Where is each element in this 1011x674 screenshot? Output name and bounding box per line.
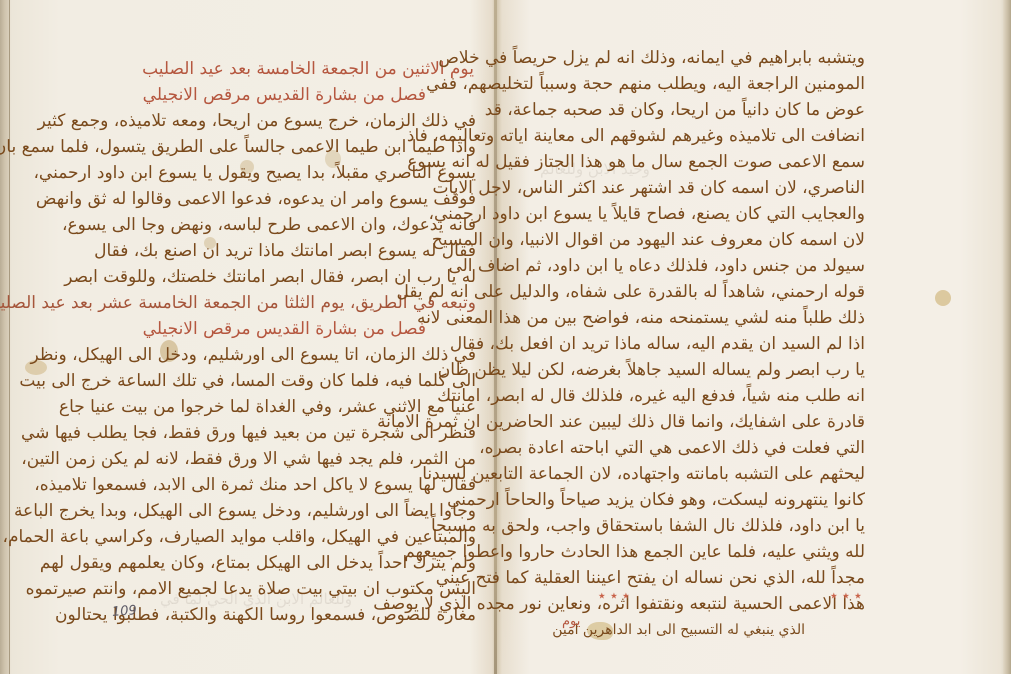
text-line: الى كلما فيه، فلما كان وقت المسا، في تلك… bbox=[140, 368, 476, 394]
text-line: ويتشبه بابراهيم في ايمانه، وذلك انه لم ي… bbox=[527, 45, 865, 71]
text-line: فوقف يسوع وامر ان يدعوه، فدعوا الاعمى وق… bbox=[140, 186, 476, 212]
text-line: سمع الاعمى صوت الجمع سال ما هو هذا الجتا… bbox=[527, 149, 865, 175]
text-line: في ذلك الزمان، اتا يسوع الى اورشليم، ودخ… bbox=[140, 342, 476, 368]
left-page: يوم الاثنين من الجمعة الخامسة بعد عيد ال… bbox=[0, 0, 494, 674]
text-line: التي فعلت في ذلك الاعمى هي التي اباحته ا… bbox=[527, 435, 865, 461]
text-line: انضافت الى تلاميذه وغيرهم لشوقهم الى معا… bbox=[527, 123, 865, 149]
text-line: لله ويثني عليه، فلما عاين الجمع هذا الحا… bbox=[527, 539, 865, 565]
manuscript-spread: وحيد الابن وللعالم وللعالم الابن الذي ال… bbox=[0, 0, 1011, 674]
closing-ornament: ٭ ٭ ٭ bbox=[830, 588, 862, 604]
text-line: انه طلب منه شياً، فدفع اليه غيره، فلذلك … bbox=[527, 383, 865, 409]
text-line: مجداً لله، الذي نحن نساله ان يفتح اعيننا… bbox=[527, 565, 865, 591]
text-line: يا رب ابصر ولم يساله السيد جاهلاً بغرضه،… bbox=[527, 357, 865, 383]
text-line: قادرة على اشفايك، وانما قال ذلك ليبين عن… bbox=[527, 409, 865, 435]
text-line: سيولد من جنس داود، فلذلك دعاه يا ابن داو… bbox=[527, 253, 865, 279]
text-line: اذا لم السيد ان يقدم اليه، ساله ماذا تري… bbox=[527, 331, 865, 357]
closing-ornament: ٭ ٭ ٭ bbox=[598, 588, 630, 604]
text-line: ذلك طلباً منه لشي يستمنحه منه، فواضح بين… bbox=[527, 305, 865, 331]
text-line: لان اسمه كان معروف عند اليهود من اقوال ا… bbox=[527, 227, 865, 253]
folio-number: 109 bbox=[112, 603, 138, 620]
text-line: المومنين الراجعة اليه، ويطلب منهم حجة وس… bbox=[527, 71, 865, 97]
catchword: يوم bbox=[562, 614, 580, 629]
text-line: فانه يدعوك، وان الاعمى طرح لباسه، ونهض و… bbox=[140, 212, 476, 238]
text-line: فقال له يسوع ابصر امانتك ماذا تريد ان اص… bbox=[140, 238, 476, 264]
text-line: يا ابن داود، فلذلك نال الشفا باستحقاق وا… bbox=[527, 513, 865, 539]
text-line: كانوا ينتهرونه ليسكت، وهو فكان يزيد صياح… bbox=[527, 487, 865, 513]
text-line: ليحثهم على التشبه بامانته واجتهاده، لان … bbox=[527, 461, 865, 487]
right-page: ويتشبه بابراهيم في ايمانه، وذلك انه لم ي… bbox=[497, 0, 1011, 674]
text-line: والعجايب التي كان يصنع، فصاح قايلاً يا ي… bbox=[527, 201, 865, 227]
text-line: عوض ما كان دانياً من اريحا، وكان قد صحبه… bbox=[527, 97, 865, 123]
text-line: الناصري، لان اسمه كان قد اشتهر عند اكثر … bbox=[527, 175, 865, 201]
text-line: قوله ارحمني، شاهداً له بالقدرة على شفاه،… bbox=[527, 279, 865, 305]
text-line: وجاوا ايضاً الى اورشليم، ودخل يسوع الى ا… bbox=[140, 498, 476, 524]
right-page-text: ويتشبه بابراهيم في ايمانه، وذلك انه لم ي… bbox=[527, 45, 865, 643]
